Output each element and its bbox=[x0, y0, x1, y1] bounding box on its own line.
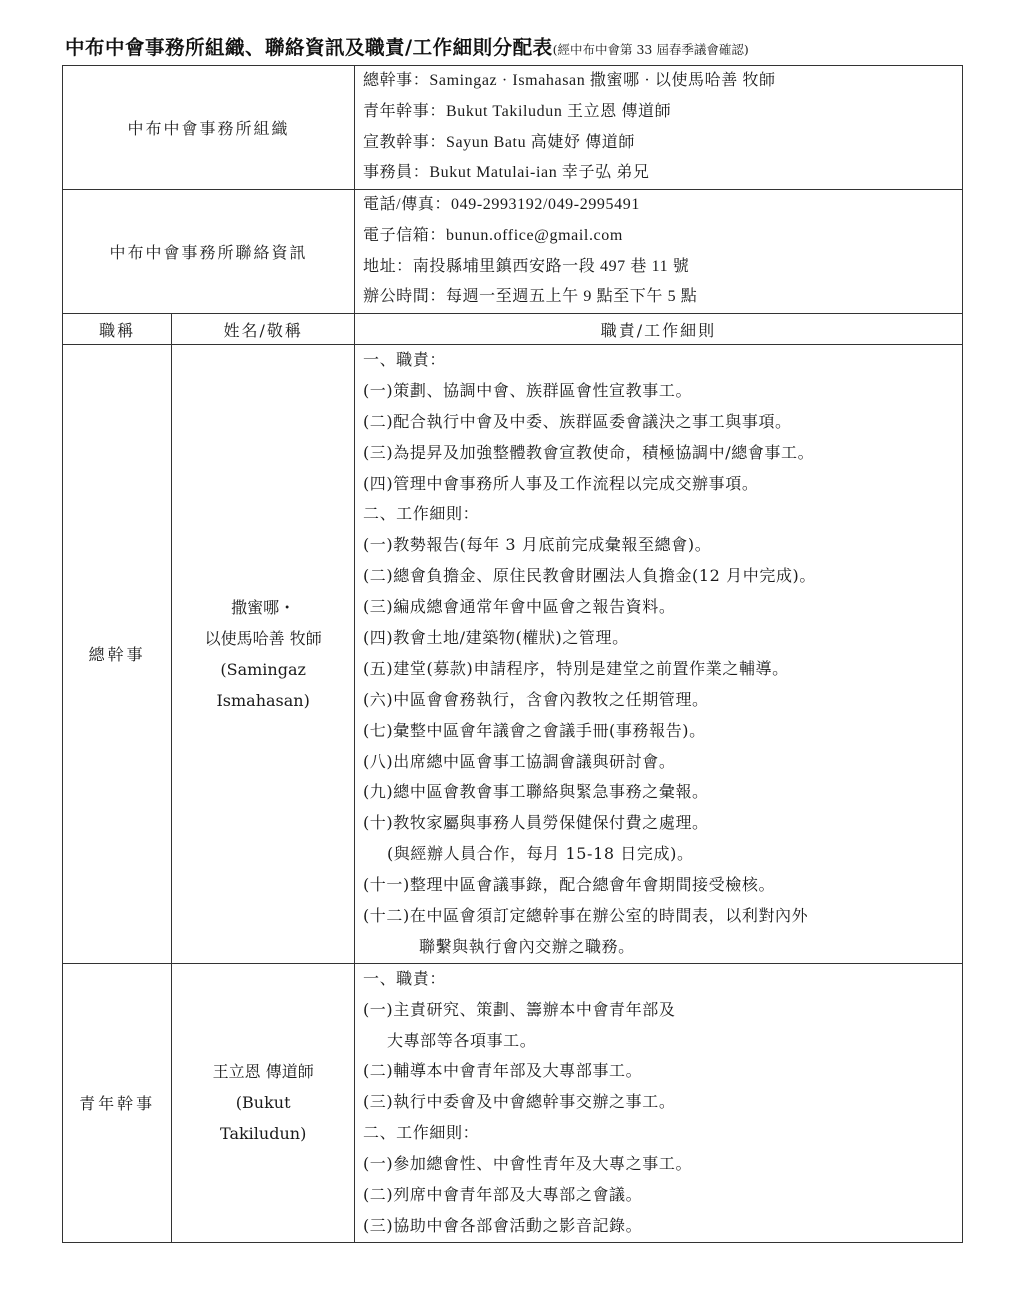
duty-line: (八)出席總中區會事工協調會議與研討會。 bbox=[363, 747, 962, 778]
title-text: 中布中會事務所組織、聯絡資訊及職責/工作細則分配表 bbox=[65, 36, 553, 59]
name-line: Ismahasan) bbox=[172, 685, 354, 716]
member-line: 青年幹事：Bukut Takiludun 王立恩 傳道師 bbox=[363, 97, 962, 128]
duty-line: 二、工作細則： bbox=[363, 499, 962, 530]
contact-row: 中布中會事務所聯絡資訊 電話/傳真：049-2993192/049-299549… bbox=[63, 190, 963, 314]
member-line: 事務員：Bukut Matulai-ian 幸子弘 弟兄 bbox=[363, 158, 962, 189]
organization-row: 中布中會事務所組織 總幹事：Samingaz · Ismahasan 撒蜜哪 ·… bbox=[63, 66, 963, 190]
duty-line: (七)彙整中區會年議會之會議手冊(事務報告)。 bbox=[363, 716, 962, 747]
duty-line: (一)策劃、協調中會、族群區會性宣教事工。 bbox=[363, 376, 962, 407]
duty-line: 大專部等各項事工。 bbox=[363, 1026, 962, 1057]
office-hours-line: 辦公時間：每週一至週五上午 9 點至下午 5 點 bbox=[363, 282, 962, 313]
assignment-table: 中布中會事務所組織 總幹事：Samingaz · Ismahasan 撒蜜哪 ·… bbox=[62, 65, 963, 1243]
duty-line: (一)教勢報告(每年 3 月底前完成彙報至總會)。 bbox=[363, 530, 962, 561]
title-note: (經中布中會第 33 屆春季議會確認) bbox=[553, 42, 749, 57]
duty-line: (四)教會土地/建築物(權狀)之管理。 bbox=[363, 623, 962, 654]
role-row-general-secretary: 總幹事 撒蜜哪・ 以使馬哈善 牧師 (Samingaz Ismahasan) 一… bbox=[63, 345, 963, 964]
duty-line: (二)列席中會青年部及大專部之會議。 bbox=[363, 1180, 962, 1211]
duty-line: (二)輔導本中會青年部及大專部事工。 bbox=[363, 1056, 962, 1087]
role-title: 青年幹事 bbox=[63, 963, 172, 1242]
member-line: 宣教幹事：Sayun Batu 高婕妤 傳道師 bbox=[363, 128, 962, 159]
name-line: 以使馬哈善 牧師 bbox=[172, 623, 354, 654]
document-title: 中布中會事務所組織、聯絡資訊及職責/工作細則分配表(經中布中會第 33 屆春季議… bbox=[65, 32, 749, 60]
duty-line: (二)總會負擔金、原住民教會財團法人負擔金(12 月中完成)。 bbox=[363, 561, 962, 592]
organization-members: 總幹事：Samingaz · Ismahasan 撒蜜哪 · 以使馬哈善 牧師 … bbox=[354, 66, 962, 190]
member-line: 總幹事：Samingaz · Ismahasan 撒蜜哪 · 以使馬哈善 牧師 bbox=[363, 66, 962, 97]
duty-line: (四)管理中會事務所人事及工作流程以完成交辦事項。 bbox=[363, 469, 962, 500]
duty-line: (二)配合執行中會及中委、族群區委會議決之事工與事項。 bbox=[363, 407, 962, 438]
header-title: 職稱 bbox=[63, 314, 172, 345]
duty-line: 一、職責： bbox=[363, 964, 962, 995]
duty-line: (一)主責研究、策劃、籌辦本中會青年部及 bbox=[363, 995, 962, 1026]
name-line: 王立恩 傳道師 bbox=[172, 1056, 354, 1087]
duty-line: 聯繫與執行會內交辦之職務。 bbox=[363, 932, 962, 963]
role-name: 撒蜜哪・ 以使馬哈善 牧師 (Samingaz Ismahasan) bbox=[172, 345, 355, 964]
duty-line: 二、工作細則： bbox=[363, 1118, 962, 1149]
duty-line: (與經辦人員合作，每月 15-18 日完成)。 bbox=[363, 839, 962, 870]
duty-line: 一、職責： bbox=[363, 345, 962, 376]
duty-line: (十)教牧家屬與事務人員勞保健保付費之處理。 bbox=[363, 808, 962, 839]
name-line: Takiludun) bbox=[172, 1118, 354, 1149]
name-line: (Samingaz bbox=[172, 654, 354, 685]
contact-details: 電話/傳真：049-2993192/049-2995491 電子信箱：bunun… bbox=[354, 190, 962, 314]
duty-line: (三)執行中委會及中會總幹事交辦之事工。 bbox=[363, 1087, 962, 1118]
role-duties: 一、職責：(一)策劃、協調中會、族群區會性宣教事工。(二)配合執行中會及中委、族… bbox=[354, 345, 962, 964]
duty-line: (九)總中區會教會事工聯絡與緊急事務之彙報。 bbox=[363, 777, 962, 808]
header-name: 姓名/敬稱 bbox=[172, 314, 355, 345]
duty-line: (三)協助中會各部會活動之影音記錄。 bbox=[363, 1211, 962, 1242]
header-duties: 職責/工作細則 bbox=[354, 314, 962, 345]
organization-label: 中布中會事務所組織 bbox=[63, 66, 355, 190]
name-line: (Bukut bbox=[172, 1087, 354, 1118]
email-line: 電子信箱：bunun.office@gmail.com bbox=[363, 221, 962, 252]
contact-label: 中布中會事務所聯絡資訊 bbox=[63, 190, 355, 314]
duty-line: (十二)在中區會須訂定總幹事在辦公室的時間表，以利對內外 bbox=[363, 901, 962, 932]
address-line: 地址：南投縣埔里鎮西安路一段 497 巷 11 號 bbox=[363, 252, 962, 283]
role-row-youth-secretary: 青年幹事 王立恩 傳道師 (Bukut Takiludun) 一、職責：(一)主… bbox=[63, 963, 963, 1242]
duty-line: (六)中區會會務執行，含會內教牧之任期管理。 bbox=[363, 685, 962, 716]
duty-line: (五)建堂(募款)申請程序，特別是建堂之前置作業之輔導。 bbox=[363, 654, 962, 685]
role-title: 總幹事 bbox=[63, 345, 172, 964]
role-name: 王立恩 傳道師 (Bukut Takiludun) bbox=[172, 963, 355, 1242]
table-header-row: 職稱 姓名/敬稱 職責/工作細則 bbox=[63, 314, 963, 345]
name-line: 撒蜜哪・ bbox=[172, 592, 354, 623]
phone-fax-line: 電話/傳真：049-2993192/049-2995491 bbox=[363, 190, 962, 221]
duty-line: (三)編成總會通常年會中區會之報告資料。 bbox=[363, 592, 962, 623]
duty-line: (十一)整理中區會議事錄，配合總會年會期間接受檢核。 bbox=[363, 870, 962, 901]
role-duties: 一、職責：(一)主責研究、策劃、籌辦本中會青年部及大專部等各項事工。(二)輔導本… bbox=[354, 963, 962, 1242]
duty-line: (一)參加總會性、中會性青年及大專之事工。 bbox=[363, 1149, 962, 1180]
duty-line: (三)為提昇及加強整體教會宣教使命，積極協調中/總會事工。 bbox=[363, 438, 962, 469]
